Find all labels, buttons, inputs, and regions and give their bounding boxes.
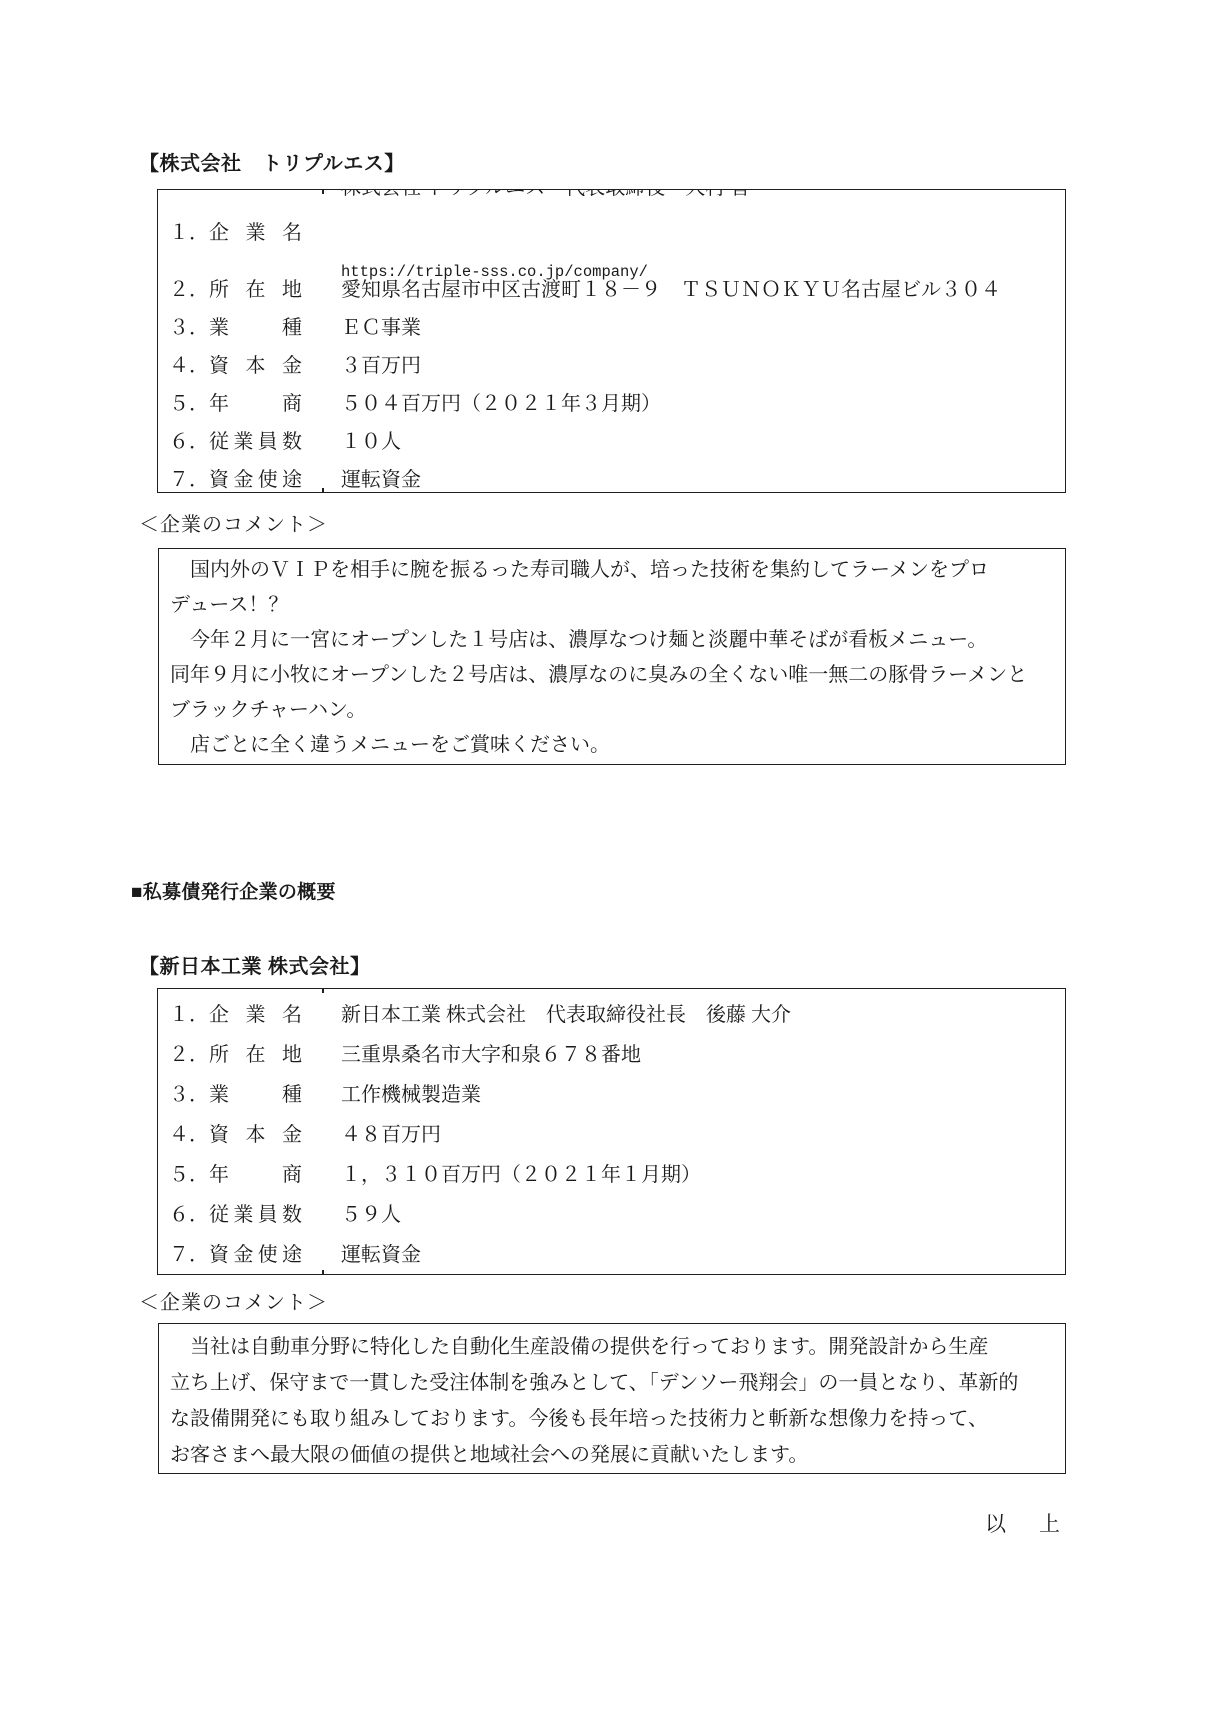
employees-value: ５９人 bbox=[341, 1198, 1065, 1227]
row-label-text: 資本金 bbox=[209, 349, 302, 378]
comment-line: 当社は自動車分野に特化した自動化生産設備の提供を行っております。開発設計から生産 bbox=[170, 1329, 1054, 1365]
row-number: １． bbox=[169, 216, 209, 245]
company1-comment-heading: ＜企業のコメント＞ bbox=[139, 513, 328, 537]
capital-value: ４８百万円 bbox=[341, 1118, 1065, 1147]
row-label-text: 所在地 bbox=[209, 273, 302, 302]
row-label: ５．年商 bbox=[158, 1158, 341, 1187]
row-number: ６． bbox=[169, 1198, 209, 1227]
comment-line: な設備開発にも取り組みしております。今後も長年培った技術力と斬新な想像力を持って… bbox=[170, 1401, 1054, 1437]
row-label-text: 従業員数 bbox=[209, 425, 302, 454]
column-divider-tick bbox=[322, 189, 324, 194]
row-label-text: 企業名 bbox=[209, 998, 302, 1027]
company1-heading: 【株式会社 トリプルエス】 bbox=[139, 151, 405, 177]
row-label-text: 年商 bbox=[209, 387, 302, 416]
row-label: ４．資本金 bbox=[158, 1118, 341, 1147]
row-label: ４．資本金 bbox=[158, 349, 341, 378]
row-use-of-funds: ７．資金使途 運転資金 bbox=[158, 458, 1065, 493]
row-label-text: 業種 bbox=[209, 1078, 302, 1107]
row-number: １． bbox=[169, 998, 209, 1027]
row-label-text: 業種 bbox=[209, 311, 302, 340]
row-label-text: 資金使途 bbox=[209, 1238, 302, 1267]
company1-comment-box: 国内外のＶＩＰを相手に腕を振るった寿司職人が、培った技術を集約してラーメンをプロ… bbox=[158, 548, 1066, 765]
row-number: ３． bbox=[169, 1078, 209, 1107]
row-label: ５．年商 bbox=[158, 387, 341, 416]
row-employees: ６．従業員数 ５９人 bbox=[158, 1192, 1065, 1232]
document-page: 【株式会社 トリプルエス】 １．企業名 株式会社 トリプルエス 代表取締役 大村… bbox=[0, 0, 1207, 1711]
row-annual-sales: ５．年商 ５０４百万円（２０２１年３月期） bbox=[158, 382, 1065, 420]
comment-line: 同年９月に小牧にオープンした２号店は、濃厚なのに臭みの全くない唯一無二の豚骨ラー… bbox=[170, 658, 1054, 693]
comment-line: お客さまへ最大限の価値の提供と地域社会への発展に貢献いたします。 bbox=[170, 1437, 1054, 1473]
company2-comment-box: 当社は自動車分野に特化した自動化生産設備の提供を行っております。開発設計から生産… bbox=[158, 1323, 1066, 1474]
company2-info-table: １．企業名 新日本工業 株式会社 代表取締役社長 後藤 大介 ２．所在地 三重県… bbox=[157, 988, 1066, 1275]
row-label: ２．所在地 bbox=[158, 1038, 341, 1067]
column-divider-tick bbox=[322, 1270, 324, 1275]
row-number: ６． bbox=[169, 425, 209, 454]
row-label: ７．資金使途 bbox=[158, 463, 341, 492]
company-name-value: 新日本工業 株式会社 代表取締役社長 後藤 大介 bbox=[341, 998, 1065, 1027]
row-company-name: １．企業名 株式会社 トリプルエス 代表取締役 大村 晋 https://tri… bbox=[158, 192, 1065, 268]
use-of-funds-value: 運転資金 bbox=[341, 463, 1065, 492]
comment-line: ブラックチャーハン。 bbox=[170, 693, 1054, 728]
column-divider-tick bbox=[322, 988, 324, 993]
row-label: １．企業名 bbox=[158, 216, 341, 245]
row-industry: ３．業種 ＥＣ事業 bbox=[158, 306, 1065, 344]
comment-line: 今年２月に一宮にオープンした１号店は、濃厚なつけ麺と淡麗中華そばが看板メニュー。 bbox=[170, 623, 1054, 658]
row-number: ４． bbox=[169, 1118, 209, 1147]
row-label-text: 従業員数 bbox=[209, 1198, 302, 1227]
row-employees: ６．従業員数 １０人 bbox=[158, 420, 1065, 458]
row-number: ３． bbox=[169, 311, 209, 340]
row-use-of-funds: ７．資金使途 運転資金 bbox=[158, 1232, 1065, 1272]
comment-line: 国内外のＶＩＰを相手に腕を振るった寿司職人が、培った技術を集約してラーメンをプロ bbox=[170, 553, 1054, 588]
closing-text: 以 上 bbox=[866, 1508, 1066, 1538]
company2-heading: 【新日本工業 株式会社】 bbox=[139, 954, 371, 980]
row-label-text: 企業名 bbox=[209, 216, 302, 245]
row-number: ４． bbox=[169, 349, 209, 378]
row-label-text: 年商 bbox=[209, 1158, 302, 1187]
industry-value: 工作機械製造業 bbox=[341, 1078, 1065, 1107]
row-number: ５． bbox=[169, 1158, 209, 1187]
use-of-funds-value: 運転資金 bbox=[341, 1238, 1065, 1267]
comment-line: 立ち上げ、保守まで一貫した受注体制を強みとして、「デンソー飛翔会」の一員となり、… bbox=[170, 1365, 1054, 1401]
employees-value: １０人 bbox=[341, 425, 1065, 454]
industry-value: ＥＣ事業 bbox=[341, 311, 1065, 340]
row-label: ６．従業員数 bbox=[158, 1198, 341, 1227]
row-number: ２． bbox=[169, 273, 209, 302]
section-heading: ■私募債発行企業の概要 bbox=[131, 880, 336, 906]
row-company-name: １．企業名 新日本工業 株式会社 代表取締役社長 後藤 大介 bbox=[158, 992, 1065, 1032]
row-label: ３．業種 bbox=[158, 1078, 341, 1107]
capital-value: ３百万円 bbox=[341, 349, 1065, 378]
row-capital: ４．資本金 ４８百万円 bbox=[158, 1112, 1065, 1152]
row-label: ７．資金使途 bbox=[158, 1238, 341, 1267]
address-value: 愛知県名古屋市中区古渡町１８－９ ＴＳＵＮＯＫＹＵ名古屋ビル３０４ bbox=[341, 273, 1065, 302]
company1-info-table: １．企業名 株式会社 トリプルエス 代表取締役 大村 晋 https://tri… bbox=[157, 189, 1066, 493]
row-address: ２．所在地 愛知県名古屋市中区古渡町１８－９ ＴＳＵＮＯＫＹＵ名古屋ビル３０４ bbox=[158, 268, 1065, 306]
row-number: ７． bbox=[169, 463, 209, 492]
comment-line: 店ごとに全く違うメニューをご賞味ください。 bbox=[170, 728, 1054, 763]
annual-sales-value: ５０４百万円（２０２１年３月期） bbox=[341, 387, 1065, 416]
row-label-text: 資金使途 bbox=[209, 463, 302, 492]
comment-line: デュース！？ bbox=[170, 588, 1054, 623]
row-label-text: 所在地 bbox=[209, 1038, 302, 1067]
row-number: ２． bbox=[169, 1038, 209, 1067]
row-label: ３．業種 bbox=[158, 311, 341, 340]
row-label-text: 資本金 bbox=[209, 1118, 302, 1147]
annual-sales-value: １，３１０百万円（２０２１年１月期） bbox=[341, 1158, 1065, 1187]
row-capital: ４．資本金 ３百万円 bbox=[158, 344, 1065, 382]
address-value: 三重県桑名市大字和泉６７８番地 bbox=[341, 1038, 1065, 1067]
row-label: ６．従業員数 bbox=[158, 425, 341, 454]
row-annual-sales: ５．年商 １，３１０百万円（２０２１年１月期） bbox=[158, 1152, 1065, 1192]
row-label: ２．所在地 bbox=[158, 273, 341, 302]
row-address: ２．所在地 三重県桑名市大字和泉６７８番地 bbox=[158, 1032, 1065, 1072]
row-number: ７． bbox=[169, 1238, 209, 1267]
row-number: ５． bbox=[169, 387, 209, 416]
company2-comment-heading: ＜企業のコメント＞ bbox=[139, 1291, 328, 1315]
row-label: １．企業名 bbox=[158, 998, 341, 1027]
row-industry: ３．業種 工作機械製造業 bbox=[158, 1072, 1065, 1112]
company-name-line: 株式会社 トリプルエス 代表取締役 大村 晋 bbox=[341, 189, 1065, 207]
